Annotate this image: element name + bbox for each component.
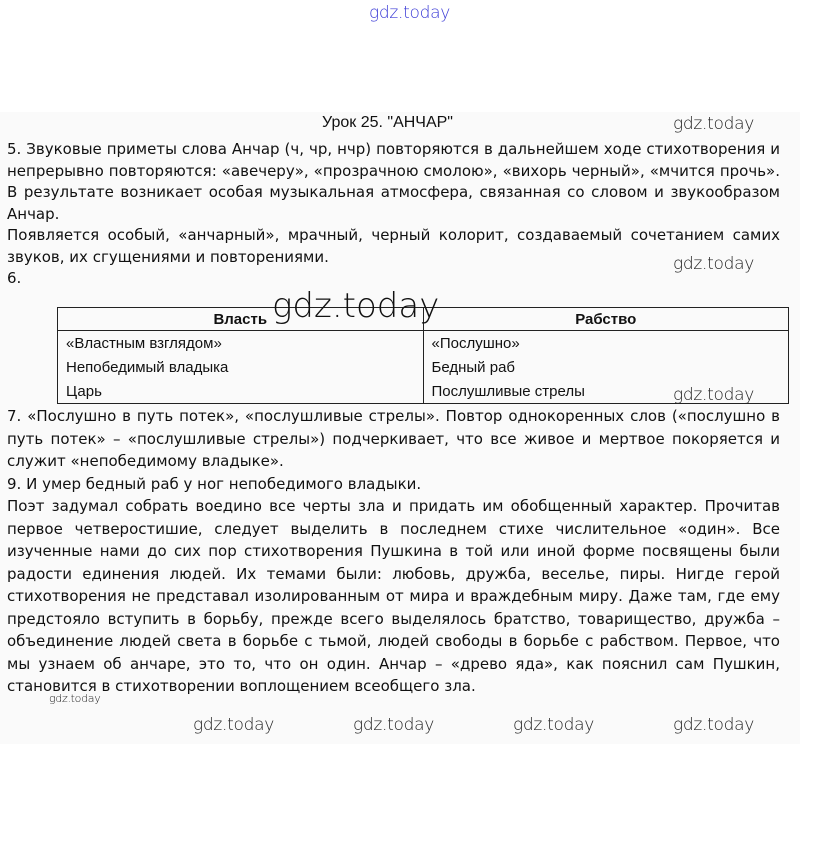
table-row: «Властным взглядом» «Послушно» [58, 331, 789, 356]
watermark: gdz.today [673, 114, 754, 134]
watermark: gdz.today [673, 385, 754, 405]
table-cell: «Властным взглядом» [58, 331, 424, 356]
answer-7-text: 7. «Послушно в путь потек», «послушливые… [7, 405, 780, 473]
table-cell: Бедный раб [423, 355, 789, 379]
answer-9-text: 9. И умер бедный раб у ног непобедимого … [7, 473, 780, 496]
watermark: gdz.today [193, 715, 274, 735]
watermark: gdz.today [673, 715, 754, 735]
answer-5-text-2: Появляется особый, «анчарный», мрачный, … [7, 225, 780, 268]
watermark: gdz.today [673, 254, 754, 274]
answer-5-text: 5. Звуковые приметы слова Анчар (ч, чр, … [7, 139, 780, 225]
table-cell: Непобедимый владыка [58, 355, 424, 379]
watermark-top[interactable]: gdz.today [369, 3, 450, 23]
watermark-large: gdz.today [272, 286, 439, 326]
watermark-small: gdz.today [49, 692, 100, 705]
essay-text: Поэт задумал собрать воедино все черты з… [7, 495, 780, 698]
watermark: gdz.today [353, 715, 434, 735]
lesson-title: Урок 25. "АНЧАР" [0, 114, 775, 132]
answer-block-5: 5. Звуковые приметы слова Анчар (ч, чр, … [7, 139, 780, 290]
watermark: gdz.today [513, 715, 594, 735]
table-cell: Царь [58, 379, 424, 404]
table-row: Непобедимый владыка Бедный раб [58, 355, 789, 379]
table-cell: «Послушно» [423, 331, 789, 356]
answer-block-7-9: 7. «Послушно в путь потек», «послушливые… [7, 405, 780, 698]
table-header-slavery: Рабство [423, 308, 789, 331]
